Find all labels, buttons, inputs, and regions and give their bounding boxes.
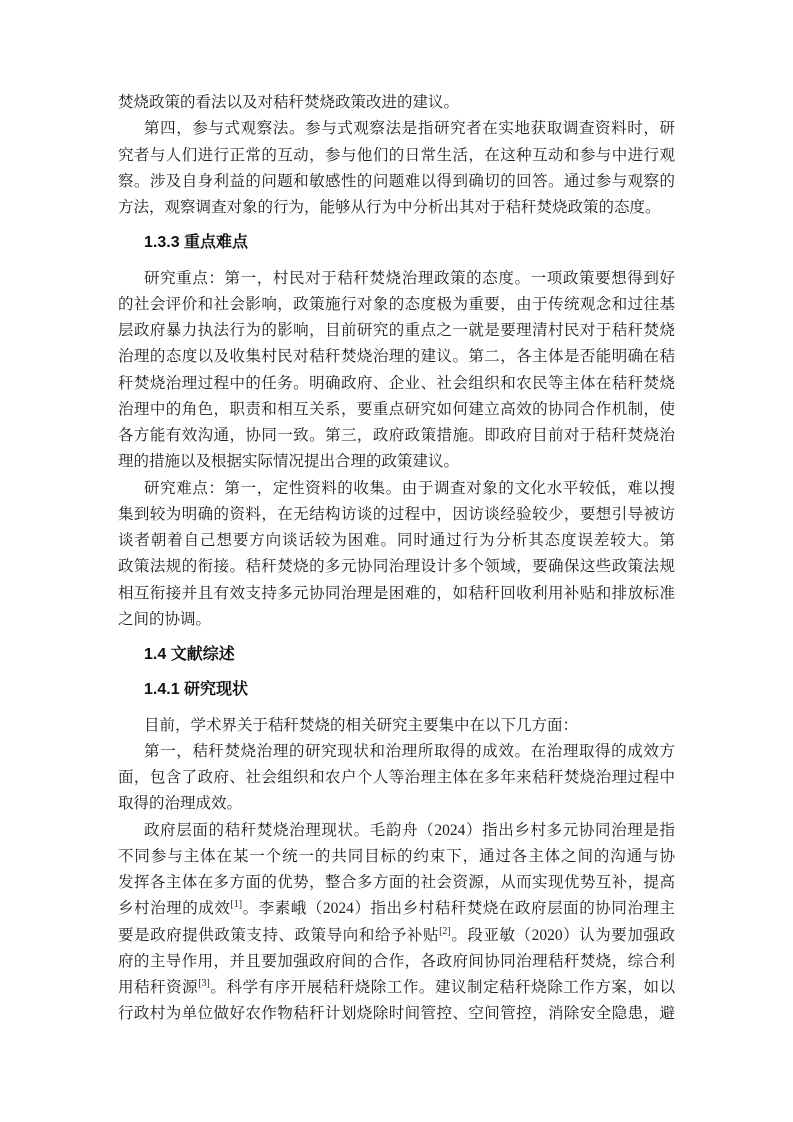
- text-run: 研究重点：第一，村民对于秸秆焚烧治理政策的态度。一项政策要想得到好: [144, 270, 675, 287]
- text-line: 乡村治理的成效[1]。李素峨（2024）指出乡村秸秆焚烧在政府层面的协同治理主: [118, 896, 675, 922]
- document-page: 焚烧政策的看法以及对秸秆焚烧政策改进的建议。第四，参与式观察法。参与式观察法是指…: [0, 0, 793, 1122]
- text-run: 秆焚烧治理过程中的任务。明确政府、企业、社会组织和农民等主体在秸秆焚烧: [118, 375, 675, 392]
- citation-ref: [1]: [230, 899, 242, 910]
- text-run: 用秸秆资源: [118, 979, 198, 996]
- paragraph: 研究难点：第一，定性资料的收集。由于调查对象的文化水平较低，难以搜集到较为明确的…: [118, 476, 675, 634]
- text-line: 层政府暴力执法行为的影响，目前研究的重点之一就是要理清村民对于秸秆焚烧: [118, 318, 675, 344]
- text-run: 行政村为单位做好农作物秸秆计划烧除时间管控、空间管控，消除安全隐患，避: [118, 1005, 675, 1022]
- section-heading: 1.3.3 重点难点: [144, 230, 675, 256]
- text-run: 政府层面的秸秆焚烧治理现状。毛韵舟（2024）指出乡村多元协同治理是指: [144, 822, 675, 839]
- text-line: 不同参与主体在某一个统一的共同目标的约束下，通过各主体之间的沟通与协商，: [118, 844, 675, 870]
- text-run: 第四，参与式观察法。参与式观察法是指研究者在实地获取调查资料时，研: [144, 120, 675, 137]
- text-line: 集到较为明确的资料，在无结构访谈的过程中，因访谈经验较少，要想引导被访: [118, 502, 675, 528]
- text-run: 各方能有效沟通，协同一致。第三，政府政策措施。即政府目前对于秸秆焚烧治: [118, 427, 675, 444]
- citation-ref: [2]: [439, 925, 451, 936]
- text-run: 察。涉及自身利益的问题和敏感性的问题难以得到确切的回答。通过参与观察的: [118, 173, 675, 190]
- text-run: 治理中的角色，职责和相互关系，要重点研究如何建立高效的协同合作机制，使: [118, 401, 675, 418]
- paragraph: 焚烧政策的看法以及对秸秆焚烧政策改进的建议。: [118, 90, 675, 116]
- text-line: 的社会评价和社会影响，政策施行对象的态度极为重要，由于传统观念和过往基: [118, 292, 675, 318]
- text-line: 相互衔接并且有效支持多元协同治理是困难的，如秸秆回收利用补贴和排放标准: [118, 581, 675, 607]
- text-run: 。段亚敏（2020）认为要加强政: [451, 927, 675, 944]
- text-run: 发挥各主体在多方面的优势，整合多方面的社会资源，从而实现优势互补，提高: [118, 874, 675, 891]
- text-run: 。科学有序开展秸秆烧除工作。建议制定秸秆烧除工作方案，如以: [210, 979, 675, 996]
- section-heading: 1.4.1 研究现状: [144, 677, 675, 703]
- paragraph: 政府层面的秸秆焚烧治理现状。毛韵舟（2024）指出乡村多元协同治理是指不同参与主…: [118, 818, 675, 1028]
- text-run: 面，包含了政府、社会组织和农户个人等治理主体在多年来秸秆焚烧治理过程中: [118, 769, 675, 786]
- text-line: 面，包含了政府、社会组织和农户个人等治理主体在多年来秸秆焚烧治理过程中: [118, 765, 675, 791]
- text-run: 层政府暴力执法行为的影响，目前研究的重点之一就是要理清村民对于秸秆焚烧: [118, 322, 675, 339]
- text-line: 行政村为单位做好农作物秸秆计划烧除时间管控、空间管控，消除安全隐患，避: [118, 1001, 675, 1027]
- text-run: 府的主导作用，并且要加强政府间的合作，各政府间协同治理秸秆焚烧，综合利: [118, 953, 675, 970]
- text-line: 政策法规的衔接。秸秆焚烧的多元协同治理设计多个领域，要确保这些政策法规: [118, 554, 675, 580]
- text-run: 理的措施以及根据实际情况提出合理的政策建议。: [118, 453, 459, 470]
- text-run: 谈者朝着自己想要方向谈话较为困难。同时通过行为分析其态度误差较大。第二，: [118, 532, 675, 554]
- text-line: 发挥各主体在多方面的优势，整合多方面的社会资源，从而实现优势互补，提高: [118, 870, 675, 896]
- paragraph: 第一，秸秆焚烧治理的研究现状和治理所取得的成效。在治理取得的成效方面，包含了政府…: [118, 739, 675, 818]
- text-run: 之间的协调。: [118, 611, 211, 628]
- section-heading: 1.4 文献综述: [144, 642, 675, 668]
- text-run: 方法，观察调查对象的行为，能够从行为中分析出其对于秸秆焚烧政策的态度。: [118, 199, 661, 216]
- text-line: 要是政府提供政策支持、政策导向和给予补贴[2]。段亚敏（2020）认为要加强政: [118, 923, 675, 949]
- document-content: 焚烧政策的看法以及对秸秆焚烧政策改进的建议。第四，参与式观察法。参与式观察法是指…: [118, 90, 675, 1028]
- text-line: 目前，学术界关于秸秆焚烧的相关研究主要集中在以下几方面：: [118, 713, 675, 739]
- paragraph: 第四，参与式观察法。参与式观察法是指研究者在实地获取调查资料时，研究者与人们进行…: [118, 116, 675, 221]
- text-line: 第四，参与式观察法。参与式观察法是指研究者在实地获取调查资料时，研: [118, 116, 675, 142]
- text-run: 集到较为明确的资料，在无结构访谈的过程中，因访谈经验较少，要想引导被访: [118, 506, 675, 523]
- paragraph: 目前，学术界关于秸秆焚烧的相关研究主要集中在以下几方面：: [118, 713, 675, 739]
- text-run: 究者与人们进行正常的互动，参与他们的日常生活，在这种互动和参与中进行观: [118, 147, 675, 164]
- text-run: 不同参与主体在某一个统一的共同目标的约束下，通过各主体之间的沟通与协商，: [118, 848, 675, 870]
- text-line: 用秸秆资源[3]。科学有序开展秸秆烧除工作。建议制定秸秆烧除工作方案，如以: [118, 975, 675, 1001]
- text-line: 府的主导作用，并且要加强政府间的合作，各政府间协同治理秸秆焚烧，综合利: [118, 949, 675, 975]
- text-line: 第一，秸秆焚烧治理的研究现状和治理所取得的成效。在治理取得的成效方: [118, 739, 675, 765]
- text-line: 各方能有效沟通，协同一致。第三，政府政策措施。即政府目前对于秸秆焚烧治: [118, 423, 675, 449]
- text-line: 秆焚烧治理过程中的任务。明确政府、企业、社会组织和农民等主体在秸秆焚烧: [118, 371, 675, 397]
- text-line: 谈者朝着自己想要方向谈话较为困难。同时通过行为分析其态度误差较大。第二，: [118, 528, 675, 554]
- text-line: 焚烧政策的看法以及对秸秆焚烧政策改进的建议。: [118, 90, 675, 116]
- text-line: 政府层面的秸秆焚烧治理现状。毛韵舟（2024）指出乡村多元协同治理是指: [118, 818, 675, 844]
- text-run: 焚烧政策的看法以及对秸秆焚烧政策改进的建议。: [118, 94, 459, 111]
- text-run: 目前，学术界关于秸秆焚烧的相关研究主要集中在以下几方面：: [144, 717, 578, 734]
- text-run: 相互衔接并且有效支持多元协同治理是困难的，如秸秆回收利用补贴和排放标准: [118, 585, 675, 602]
- text-line: 治理中的角色，职责和相互关系，要重点研究如何建立高效的协同合作机制，使: [118, 397, 675, 423]
- text-run: 乡村治理的成效: [118, 900, 230, 917]
- text-run: 。李素峨（2024）指出乡村秸秆焚烧在政府层面的协同治理主: [242, 900, 675, 917]
- text-line: 理的措施以及根据实际情况提出合理的政策建议。: [118, 449, 675, 475]
- text-line: 之间的协调。: [118, 607, 675, 633]
- text-line: 察。涉及自身利益的问题和敏感性的问题难以得到确切的回答。通过参与观察的: [118, 169, 675, 195]
- text-line: 研究难点：第一，定性资料的收集。由于调查对象的文化水平较低，难以搜: [118, 476, 675, 502]
- citation-ref: [3]: [198, 978, 210, 989]
- text-run: 研究难点：第一，定性资料的收集。由于调查对象的文化水平较低，难以搜: [144, 480, 675, 497]
- text-run: 要是政府提供政策支持、政策导向和给予补贴: [118, 927, 439, 944]
- text-line: 治理的态度以及收集村民对秸秆焚烧治理的建议。第二，各主体是否能明确在秸: [118, 344, 675, 370]
- paragraph: 研究重点：第一，村民对于秸秆焚烧治理政策的态度。一项政策要想得到好的社会评价和社…: [118, 266, 675, 476]
- text-run: 取得的治理成效。: [118, 795, 242, 812]
- text-run: 第一，秸秆焚烧治理的研究现状和治理所取得的成效。在治理取得的成效方: [144, 743, 675, 760]
- text-run: 治理的态度以及收集村民对秸秆焚烧治理的建议。第二，各主体是否能明确在秸: [118, 348, 675, 365]
- text-line: 究者与人们进行正常的互动，参与他们的日常生活，在这种互动和参与中进行观: [118, 143, 675, 169]
- text-line: 研究重点：第一，村民对于秸秆焚烧治理政策的态度。一项政策要想得到好: [118, 266, 675, 292]
- text-line: 取得的治理成效。: [118, 791, 675, 817]
- text-run: 的社会评价和社会影响，政策施行对象的态度极为重要，由于传统观念和过往基: [118, 296, 675, 313]
- text-line: 方法，观察调查对象的行为，能够从行为中分析出其对于秸秆焚烧政策的态度。: [118, 195, 675, 221]
- text-run: 政策法规的衔接。秸秆焚烧的多元协同治理设计多个领域，要确保这些政策法规: [118, 558, 675, 575]
